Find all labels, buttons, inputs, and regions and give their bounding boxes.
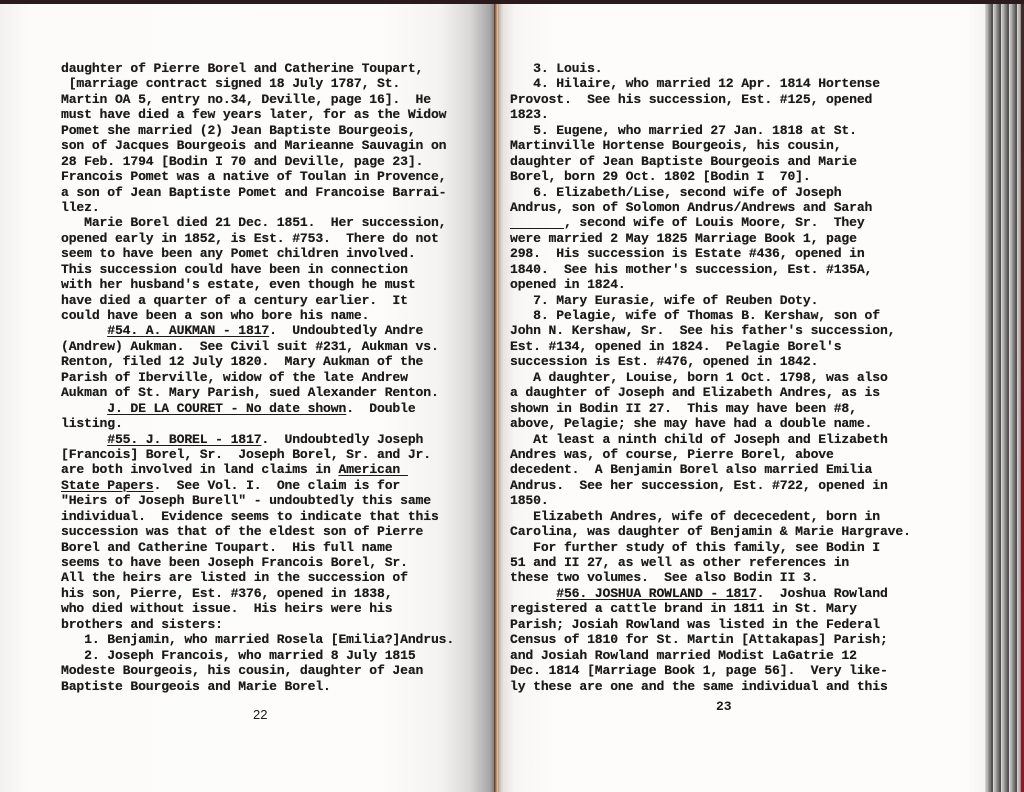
text-line: son of Jacques Bourgeois and Marieanne S… (61, 138, 454, 153)
text-line: Carolina, was daughter of Benjamin & Mar… (510, 524, 911, 539)
text-line: 8. Pelagie, wife of Thomas B. Kershaw, s… (510, 308, 911, 323)
underlined-heading: #56. JOSHUA ROWLAND - 1817 (556, 586, 756, 601)
text-line: Modeste Bourgeois, his cousin, daughter … (61, 663, 454, 678)
text-line: Marie Borel died 21 Dec. 1851. Her succe… (61, 215, 454, 230)
underlined-heading: #55. J. BOREL - 1817 (107, 432, 261, 447)
text-line: Elizabeth Andres, wife of dececedent, bo… (510, 509, 911, 524)
text-line: "Heirs of Joseph Burell" - undoubtedly t… (61, 493, 454, 508)
text-line: brothers and sisters: (61, 617, 454, 632)
text-line: [marriage contract signed 18 July 1787, … (61, 76, 454, 91)
text-line: 1850. (510, 493, 911, 508)
text-line: ly these are one and the same individual… (510, 679, 911, 694)
text-line: have died a quarter of a century earlier… (61, 293, 454, 308)
text-line: #56. JOSHUA ROWLAND - 1817. Joshua Rowla… (510, 586, 911, 601)
text-line: Parish of Iberville, widow of the late A… (61, 370, 454, 385)
text-line: John N. Kershaw, Sr. See his father's su… (510, 323, 911, 338)
text-line: Dec. 1814 [Marriage Book 1, page 56]. Ve… (510, 663, 911, 678)
text-line: with her husband's estate, even though h… (61, 277, 454, 292)
text-line: #55. J. BOREL - 1817. Undoubtedly Joseph (61, 432, 454, 447)
text-line: Baptiste Bourgeois and Marie Borel. (61, 679, 454, 694)
text-line: Andrus, son of Solomon Andrus/Andrews an… (510, 200, 911, 215)
text-line: All the heirs are listed in the successi… (61, 570, 454, 585)
text-line: 5. Eugene, who married 27 Jan. 1818 at S… (510, 123, 911, 138)
text-line: seems to have been Joseph Francois Borel… (61, 555, 454, 570)
text-line: Est. #134, opened in 1824. Pelagie Borel… (510, 339, 911, 354)
text-line: and Josiah Rowland married Modist LaGatr… (510, 648, 911, 663)
underlined-heading: #54. A. AUKMAN - 1817 (107, 323, 269, 338)
text-line: must have died a few years later, for as… (61, 107, 454, 122)
text-line: 1. Benjamin, who married Rosela [Emilia?… (61, 632, 454, 647)
text-line: shown in Bodin II 27. This may have been… (510, 401, 911, 416)
text-line: 298. His succession is Estate #436, open… (510, 246, 911, 261)
text-line: 51 and II 27, as well as other reference… (510, 555, 911, 570)
text-line: Parish; Josiah Rowland was listed in the… (510, 617, 911, 632)
text-line: This succession could have been in conne… (61, 262, 454, 277)
text-line: Andres was, of course, Pierre Borel, abo… (510, 447, 911, 462)
text-line: registered a cattle brand in 1811 in St.… (510, 601, 911, 616)
text-line: Martinville Hortense Bourgeois, his cous… (510, 138, 911, 153)
page-number-right: 23 (716, 699, 732, 714)
book-gutter (494, 4, 498, 792)
text-line: Francois Pomet was a native of Toulan in… (61, 169, 454, 184)
text-line: were married 2 May 1825 Marriage Book 1,… (510, 231, 911, 246)
text-line: #54. A. AUKMAN - 1817. Undoubtedly Andre (61, 323, 454, 338)
text-line: his son, Pierre, Est. #376, opened in 18… (61, 586, 454, 601)
text-line: 4. Hilaire, who married 12 Apr. 1814 Hor… (510, 76, 911, 91)
text-line: Census of 1810 for St. Martin [Attakapas… (510, 632, 911, 647)
right-page-text: 3. Louis. 4. Hilaire, who married 12 Apr… (510, 61, 911, 694)
text-line: individual. Evidence seems to indicate t… (61, 509, 454, 524)
text-line: 7. Mary Eurasie, wife of Reuben Doty. (510, 293, 911, 308)
text-line: daughter of Pierre Borel and Catherine T… (61, 61, 454, 76)
text-line: daughter of Jean Baptiste Bourgeois and … (510, 154, 911, 169)
text-line: 3. Louis. (510, 61, 911, 76)
text-line: these two volumes. See also Bodin II 3. (510, 570, 911, 585)
text-line: succession is Est. #476, opened in 1842. (510, 354, 911, 369)
underlined-heading: J. DE LA COURET - No date shown (107, 401, 346, 416)
text-line: decedent. A Benjamin Borel also married … (510, 462, 911, 477)
text-line: At least a ninth child of Joseph and Eli… (510, 432, 911, 447)
text-line: A daughter, Louise, born 1 Oct. 1798, wa… (510, 370, 911, 385)
text-line: 1823. (510, 107, 911, 122)
text-line: 6. Elizabeth/Lise, second wife of Joseph (510, 185, 911, 200)
text-line: 1840. See his mother's succession, Est. … (510, 262, 911, 277)
underlined-heading: American (338, 462, 407, 477)
left-page: daughter of Pierre Borel and Catherine T… (0, 4, 497, 792)
text-line: succession was that of the eldest son of… (61, 524, 454, 539)
left-page-text: daughter of Pierre Borel and Catherine T… (61, 61, 454, 694)
text-line: are both involved in land claims in Amer… (61, 462, 454, 477)
text-line: (Andrew) Aukman. See Civil suit #231, Au… (61, 339, 454, 354)
text-line: For further study of this family, see Bo… (510, 540, 911, 555)
text-line: could have been a son who bore his name. (61, 308, 454, 323)
text-line: State Papers. See Vol. I. One claim is f… (61, 478, 454, 493)
right-page: 3. Louis. 4. Hilaire, who married 12 Apr… (497, 4, 987, 792)
text-line: Pomet she married (2) Jean Baptiste Bour… (61, 123, 454, 138)
text-line: above, Pelagie; she may have had a doubl… (510, 416, 911, 431)
underlined-heading (510, 215, 564, 230)
text-line: listing. (61, 416, 454, 431)
text-line: Renton, filed 12 July 1820. Mary Aukman … (61, 354, 454, 369)
text-line: seem to have been any Pomet children inv… (61, 246, 454, 261)
text-line: 2. Joseph Francois, who married 8 July 1… (61, 648, 454, 663)
text-line: , second wife of Louis Moore, Sr. They (510, 215, 911, 230)
text-line: J. DE LA COURET - No date shown. Double (61, 401, 454, 416)
text-line: Martin OA 5, entry no.34, Deville, page … (61, 92, 454, 107)
text-line: Borel and Catherine Toupart. His full na… (61, 540, 454, 555)
text-line: opened early in 1852, is Est. #753. Ther… (61, 231, 454, 246)
text-line: Provost. See his succession, Est. #125, … (510, 92, 911, 107)
text-line: a daughter of Joseph and Elizabeth Andre… (510, 385, 911, 400)
page-edges-stack (985, 4, 1024, 792)
text-line: Andrus. See her succession, Est. #722, o… (510, 478, 911, 493)
text-line: 28 Feb. 1794 [Bodin I 70 and Deville, pa… (61, 154, 454, 169)
text-line: who died without issue. His heirs were h… (61, 601, 454, 616)
text-line: Borel, born 29 Oct. 1802 [Bodin I 70]. (510, 169, 911, 184)
open-book-spread: daughter of Pierre Borel and Catherine T… (0, 4, 1024, 792)
text-line: a son of Jean Baptiste Pomet and Francoi… (61, 185, 454, 200)
text-line: [Francois] Borel, Sr. Joseph Borel, Sr. … (61, 447, 454, 462)
text-line: llez. (61, 200, 454, 215)
underlined-heading: State Papers (61, 478, 154, 493)
page-number-left: 22 (253, 707, 267, 722)
text-line: Aukman of St. Mary Parish, sued Alexande… (61, 385, 454, 400)
text-line: opened in 1824. (510, 277, 911, 292)
